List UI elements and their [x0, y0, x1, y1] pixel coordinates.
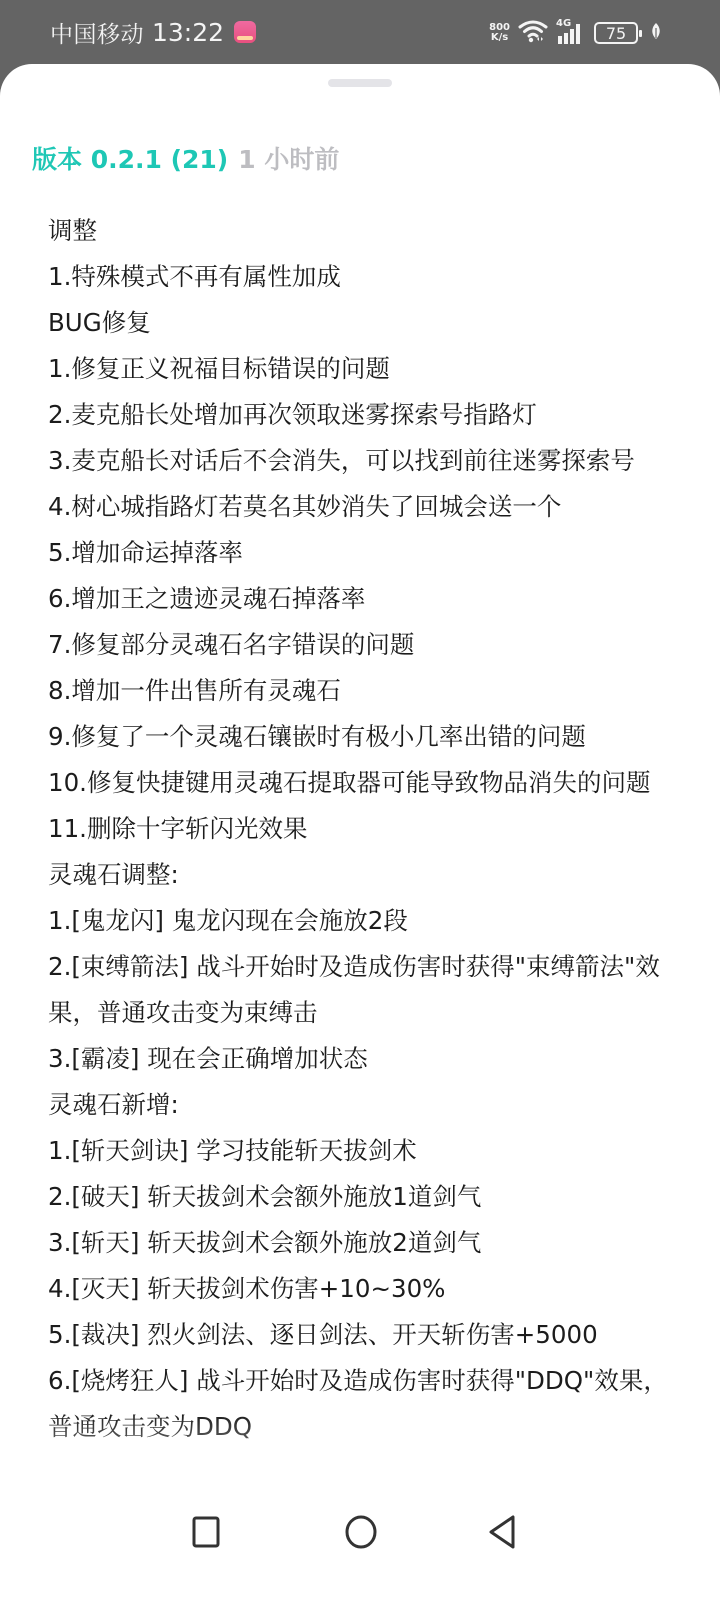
clock: 13:22 — [152, 18, 224, 47]
changelog-line: 1.[鬼龙闪] 鬼龙闪现在会施放2段 — [48, 898, 668, 944]
changelog-line: 8.增加一件出售所有灵魂石 — [48, 668, 668, 714]
triangle-back-icon[interactable] — [480, 1510, 524, 1554]
status-bar: 中国移动 13:22 800 K/s 4G — [0, 0, 720, 64]
network-speed-unit: K/s — [491, 33, 508, 43]
changelog-line: 10.修复快捷键用灵魂石提取器可能导致物品消失的问题 — [48, 760, 668, 806]
changelog-line: 5.增加命运掉落率 — [48, 530, 668, 576]
changelog-line: 3.[斩天] 斩天拔剑术会额外施放2道剑气 — [48, 1220, 668, 1266]
network-speed: 800 K/s — [489, 23, 510, 43]
release-notes-sheet[interactable]: 版本 0.2.1 (21) 1 小时前 调整 1.特殊模式不再有属性加成 BUG… — [0, 64, 720, 1600]
changelog-line: 3.[霸凌] 现在会正确增加状态 — [48, 1036, 668, 1082]
changelog-line: BUG修复 — [48, 300, 668, 346]
changelog-line: 6.增加王之遗迹灵魂石掉落率 — [48, 576, 668, 622]
version-label: 版本 0.2.1 (21) — [32, 140, 228, 176]
changelog-line: 3.麦克船长对话后不会消失，可以找到前往迷雾探索号 — [48, 438, 668, 484]
changelog-text: 调整 1.特殊模式不再有属性加成 BUG修复 1.修复正义祝福目标错误的问题 2… — [48, 208, 668, 1450]
sheet-drag-handle[interactable] — [328, 79, 392, 87]
status-left: 中国移动 13:22 — [50, 14, 256, 50]
changelog-line: 调整 — [48, 208, 668, 254]
changelog-line: 4.[灭天] 斩天拔剑术伤害+10~30% — [48, 1266, 668, 1312]
version-time: 1 小时前 — [238, 140, 339, 176]
changelog-line: 5.[裁决] 烈火剑法、逐日剑法、开天斩伤害+5000 — [48, 1312, 668, 1358]
changelog-line: 7.修复部分灵魂石名字错误的问题 — [48, 622, 668, 668]
leaf-icon — [650, 22, 662, 44]
circle-home-icon[interactable] — [339, 1510, 383, 1554]
version-header: 版本 0.2.1 (21) 1 小时前 — [32, 140, 339, 176]
square-recents-icon[interactable] — [184, 1510, 228, 1554]
changelog-line: 1.特殊模式不再有属性加成 — [48, 254, 668, 300]
wifi-icon — [518, 19, 548, 47]
changelog-line: 2.[束缚箭法] 战斗开始时及造成伤害时获得"束缚箭法"效果，普通攻击变为束缚击 — [48, 944, 668, 1036]
status-right: 800 K/s 4G 75 — [489, 16, 662, 50]
changelog-line: 2.麦克船长处增加再次领取迷雾探索号指路灯 — [48, 392, 668, 438]
battery-level: 75 — [606, 24, 626, 43]
changelog-line: 灵魂石调整: — [48, 852, 668, 898]
changelog-line: 2.[破天] 斩天拔剑术会额外施放1道剑气 — [48, 1174, 668, 1220]
cellular-signal-icon: 4G — [556, 20, 584, 46]
changelog-line: 1.[斩天剑诀] 学习技能斩天拔剑术 — [48, 1128, 668, 1174]
battery-indicator: 75 — [594, 22, 638, 44]
changelog-line: 4.树心城指路灯若莫名其妙消失了回城会送一个 — [48, 484, 668, 530]
changelog-line: 6.[烧烤狂人] 战斗开始时及造成伤害时获得"DDQ"效果，普通攻击变为DDQ — [48, 1358, 668, 1450]
changelog-line: 灵魂石新增: — [48, 1082, 668, 1128]
bilibili-comic-icon — [234, 21, 256, 43]
system-navigation-bar — [0, 1460, 720, 1600]
changelog-line: 1.修复正义祝福目标错误的问题 — [48, 346, 668, 392]
carrier-name: 中国移动 — [50, 16, 144, 49]
changelog-line: 9.修复了一个灵魂石镶嵌时有极小几率出错的问题 — [48, 714, 668, 760]
changelog-line: 11.删除十字斩闪光效果 — [48, 806, 668, 852]
cellular-type-label: 4G — [556, 18, 571, 29]
